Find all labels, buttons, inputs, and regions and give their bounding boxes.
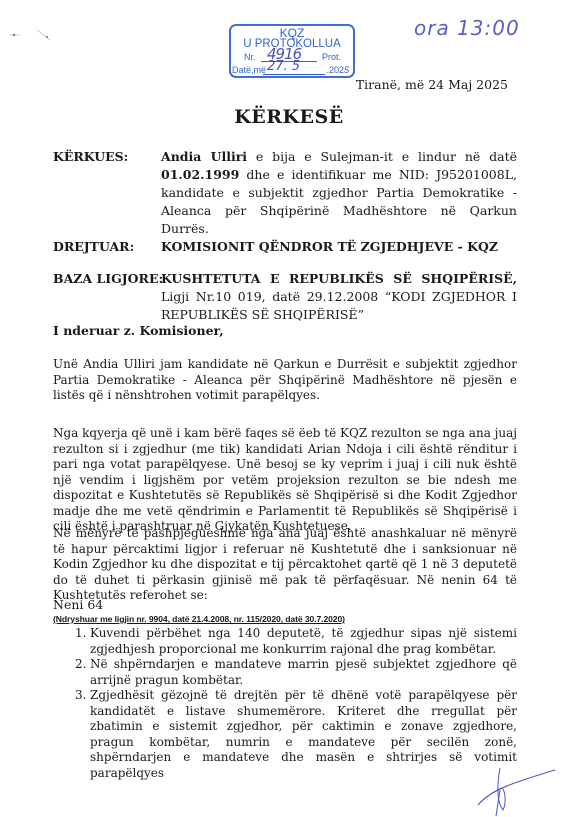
list-item: 3.Zgjedhësit gëzojnë të drejtën për të d…	[75, 688, 517, 781]
stamp-date-line	[263, 74, 325, 75]
stamp-nr-label: Nr.	[244, 52, 256, 62]
list-item: 2.Në shpërndarjen e mandateve marrin pje…	[75, 657, 517, 688]
label-baza-ligjore: BAZA LIGJORE:	[53, 271, 163, 286]
salutation: I nderuar z. Komisioner,	[53, 323, 224, 338]
field-baza-ligjore: KUSHTETUTA E REPUBLIKËS SË SHQIPËRISË, L…	[161, 270, 517, 324]
stamp-year: .2025	[326, 65, 349, 75]
article-amendment: (Ndryshuar me ligjin nr. 9904, datë 21.4…	[53, 614, 345, 624]
document-page: KQZ U PROTOKOLLUA Nr. 4916 Prot. Datë,më…	[0, 0, 578, 817]
field-drejtuar: KOMISIONIT QËNDROR TË ZGJEDHJEVE - KQZ	[161, 238, 517, 256]
article-title: Neni 64	[53, 597, 103, 612]
applicant-dob: 01.02.1999	[161, 167, 239, 182]
stamp-prot-label: Prot.	[322, 52, 341, 62]
stamp-date-label: Datë,më	[232, 65, 266, 75]
place-date: Tiranë, më 24 Maj 2025	[356, 77, 508, 92]
applicant-name: Andia Ulliri	[161, 149, 247, 164]
list-item: 1.Kuvendi përbëhet nga 140 deputetë, të …	[75, 626, 517, 657]
document-title: KËRKESË	[0, 106, 578, 128]
label-kerkues: KËRKUES:	[53, 149, 128, 164]
label-drejtuar: DREJTUAR:	[53, 239, 134, 254]
paragraph-2: Nga kqyerja që unë i kam bërë faqes së ë…	[53, 426, 517, 535]
field-kerkues: Andia Ulliri e bija e Sulejman-it e lind…	[161, 148, 517, 238]
paragraph-1: Unë Andia Ulliri jam kandidate në Qarkun…	[53, 357, 517, 404]
protocol-stamp: KQZ U PROTOKOLLUA Nr. 4916 Prot. Datë,më…	[229, 24, 355, 78]
scan-mark-icon	[5, 25, 65, 55]
paragraph-3: Në mënyrë të pashpjegueshme nga ana juaj…	[53, 526, 517, 604]
article-list: 1.Kuvendi përbëhet nga 140 deputetë, të …	[75, 626, 517, 781]
stamp-date-value: 27. 5	[267, 59, 300, 74]
signature-icon	[470, 760, 570, 817]
handwritten-time: ora 13:00	[414, 16, 520, 40]
